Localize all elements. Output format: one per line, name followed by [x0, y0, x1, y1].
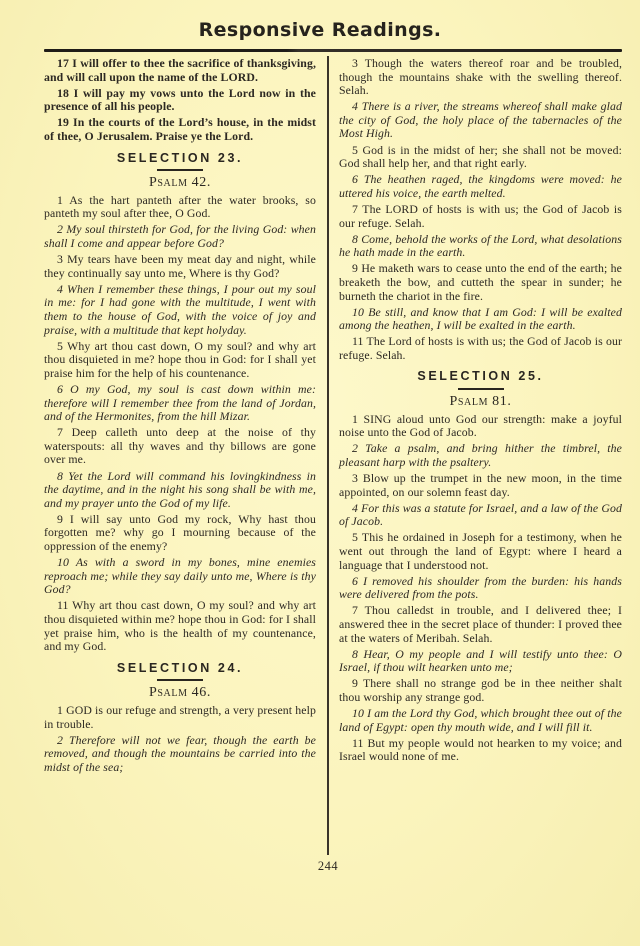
verse-number: 5 — [57, 339, 67, 353]
verse-10: 10 As with a sword in my bones, mine ene… — [44, 556, 316, 597]
verse-9: 9 I will say unto God my rock, Why hast … — [44, 513, 316, 554]
selection-heading: SELECTION 23. — [44, 152, 316, 166]
header-rule — [44, 49, 622, 52]
verse-7: 7 Thou calledst in trouble, and I delive… — [339, 604, 622, 645]
psalm-heading: Psalm 42. — [44, 176, 316, 190]
verse-number: 8 — [352, 232, 361, 246]
verse-8: 8 Hear, O my people and I will testify u… — [339, 648, 622, 675]
verse-number: 5 — [352, 143, 363, 157]
verse-7: 7 The LORD of hosts is with us; the God … — [339, 203, 622, 230]
verse-5: 5 This he ordained in Joseph for a testi… — [339, 531, 622, 572]
psalm-heading: Psalm 81. — [339, 395, 622, 409]
verse-3: 3 My tears have been my meat day and nig… — [44, 253, 316, 280]
verse-9: 9 There shall no strange god be in thee … — [339, 677, 622, 704]
verse-number: 6 — [352, 574, 363, 588]
verse-2: 2 My soul thirsteth for God, for the liv… — [44, 223, 316, 250]
selection-rule — [458, 388, 504, 390]
verse-number: 2 — [57, 222, 66, 236]
text-column-left: 17 I will offer to thee the sacrifice of… — [44, 57, 316, 777]
verse-4: 4 For this was a statute for Israel, and… — [339, 502, 622, 529]
verse-1: 1 GOD is our refuge and strength, a very… — [44, 704, 316, 731]
verse-10: 10 Be still, and know that I am God: I w… — [339, 306, 622, 333]
verse-2: 2 Therefore will not we fear, though the… — [44, 734, 316, 775]
verse-18: 18 I will pay my vows unto the Lord now … — [44, 87, 316, 114]
verse-number: 3 — [352, 56, 365, 70]
verse-number: 9 — [57, 512, 70, 526]
verse-1: 1 SING aloud unto God our strength: make… — [339, 413, 622, 440]
book-page: Responsive Readings. 17 I will offer to … — [0, 0, 640, 946]
verse-number: 10 — [352, 305, 368, 319]
verse-3: 3 Blow up the trumpet in the new moon, i… — [339, 472, 622, 499]
verse-9: 9 He maketh wars to cease unto the end o… — [339, 262, 622, 303]
verse-number: 1 — [352, 412, 363, 426]
verse-number: 5 — [352, 530, 362, 544]
verse-11: 11 But my people would not hearken to my… — [339, 737, 622, 764]
verse-8: 8 Yet the Lord will command his lovingki… — [44, 470, 316, 511]
verse-number: 11 — [57, 598, 72, 612]
verse-number: 4 — [57, 282, 67, 296]
verse-number: 9 — [352, 676, 363, 690]
verse-number: 17 — [57, 56, 72, 70]
verse-number: 8 — [57, 469, 68, 483]
verse-6: 6 O my God, my soul is cast down within … — [44, 383, 316, 424]
verse-10: 10 I am the Lord thy God, which brought … — [339, 707, 622, 734]
verse-number: 1 — [57, 193, 69, 207]
verse-17: 17 I will offer to thee the sacrifice of… — [44, 57, 316, 84]
selection-heading: SELECTION 24. — [44, 662, 316, 676]
verse-number: 11 — [352, 334, 367, 348]
verse-5: 5 Why art thou cast down, O my soul? and… — [44, 340, 316, 381]
column-divider-rule — [327, 56, 329, 855]
verse-5: 5 God is in the midst of her; she shall … — [339, 144, 622, 171]
verse-number: 4 — [352, 99, 362, 113]
page-number: 244 — [8, 859, 640, 874]
verse-number: 8 — [352, 647, 363, 661]
verse-number: 7 — [352, 202, 362, 216]
verse-number: 3 — [57, 252, 67, 266]
verse-11: 11 The Lord of hosts is with us; the God… — [339, 335, 622, 362]
verse-number: 11 — [352, 736, 367, 750]
page-title: Responsive Readings. — [0, 19, 640, 41]
verse-number: 7 — [352, 603, 365, 617]
verse-number: 1 — [57, 703, 66, 717]
verse-number: 6 — [57, 382, 70, 396]
verse-4: 4 There is a river, the streams whereof … — [339, 100, 622, 141]
selection-rule — [157, 679, 203, 681]
verse-number: 2 — [57, 733, 69, 747]
verse-number: 18 — [57, 86, 74, 100]
verse-number: 2 — [352, 441, 365, 455]
verse-number: 6 — [352, 172, 364, 186]
verse-number: 9 — [352, 261, 361, 275]
verse-6: 6 I removed his shoulder from the burden… — [339, 575, 622, 602]
verse-4: 4 When I remember these things, I pour o… — [44, 283, 316, 337]
verse-7: 7 Deep calleth unto deep at the noise of… — [44, 426, 316, 467]
verse-number: 10 — [57, 555, 76, 569]
verse-number: 4 — [352, 501, 361, 515]
psalm-heading: Psalm 46. — [44, 686, 316, 700]
selection-rule — [157, 169, 203, 171]
verse-1: 1 As the hart panteth after the water br… — [44, 194, 316, 221]
verse-number: 19 — [57, 115, 73, 129]
verse-8: 8 Come, behold the works of the Lord, wh… — [339, 233, 622, 260]
verse-2: 2 Take a psalm, and bring hither the tim… — [339, 442, 622, 469]
verse-6: 6 The heathen raged, the kingdoms were m… — [339, 173, 622, 200]
text-column-right: 3 Though the waters thereof roar and be … — [339, 57, 622, 766]
verse-number: 7 — [57, 425, 72, 439]
selection-heading: SELECTION 25. — [339, 370, 622, 384]
verse-11: 11 Why art thou cast down, O my soul? an… — [44, 599, 316, 653]
verse-number: 3 — [352, 471, 363, 485]
verse-number: 10 — [352, 706, 367, 720]
verse-3: 3 Though the waters thereof roar and be … — [339, 57, 622, 98]
verse-19: 19 In the courts of the Lord’s house, in… — [44, 116, 316, 143]
